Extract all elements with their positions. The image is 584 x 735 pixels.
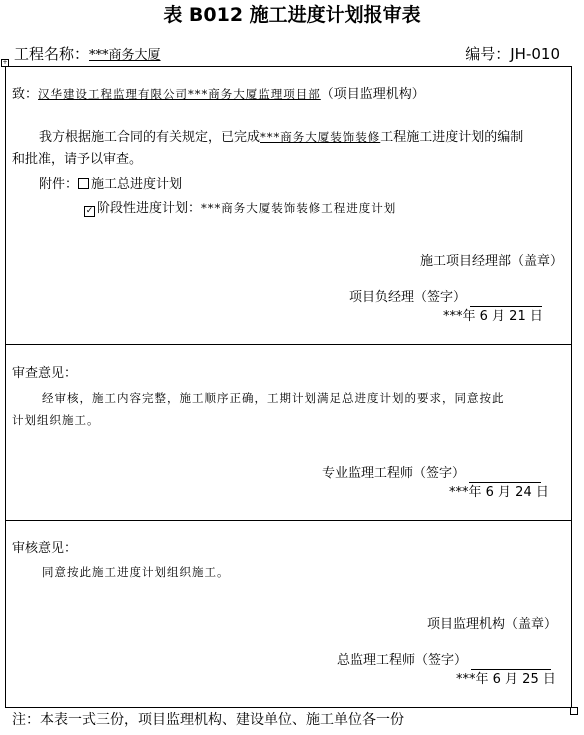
review-opinion-line1: 经审核，施工内容完整，施工顺序正确，工期计划满足总进度计划的要求，同意按此 [42, 389, 505, 407]
supervision-stamp-label: 项目监理机构（盖章） [427, 616, 557, 634]
table-resize-handle-icon[interactable] [570, 707, 578, 715]
audit-section: 审核意见： 同意按此施工进度计划组织施工。 项目监理机构（盖章） 总监理工程师（… [6, 521, 571, 708]
form-number-label: 编号： [465, 45, 510, 63]
submission-body-line1: 我方根据施工合同的有关规定，已完成***商务大厦装饰装修工程施工进度计划的编制 [39, 128, 523, 147]
attachment-item-1: 附件：施工总进度计划 [39, 176, 182, 194]
addressee-suffix: （项目监理机构） [321, 87, 425, 102]
addressee-label: 致： [12, 87, 38, 102]
addressee-value: 汉华建设工程监理有限公司***商务大厦监理项目部 [38, 87, 321, 101]
submission-body-line2: 和批准，请予以审查。 [12, 151, 142, 169]
project-manager-signature: 项目负经理（签字） [349, 289, 542, 307]
project-name-field: 工程名称：***商务大厦 [14, 44, 161, 66]
project-name-value: ***商务大厦 [89, 48, 161, 63]
chief-engineer-signature: 总监理工程师（签字） [337, 652, 551, 670]
signature-line[interactable] [469, 468, 541, 483]
form-number-value: JH-010 [510, 45, 560, 63]
engineer-signature: 专业监理工程师（签字） [322, 465, 541, 483]
form-title: 表 B012 施工进度计划报审表 [0, 2, 584, 28]
attachment-detail: ***商务大厦装饰装修工程进度计划 [201, 201, 396, 215]
signature-line[interactable] [470, 292, 542, 307]
review-date: ***年 6 月 24 日 [449, 484, 549, 502]
audit-date: ***年 6 月 25 日 [456, 671, 556, 689]
review-section: 审查意见： 经审核，施工内容完整，施工顺序正确，工期计划满足总进度计划的要求，同… [6, 345, 571, 521]
form-meta-row: 工程名称：***商务大厦 编号：JH-010 [14, 44, 574, 64]
body-project-name: ***商务大厦装饰装修 [260, 130, 380, 144]
attachment-item-2: ✓阶段性进度计划：***商务大厦装饰装修工程进度计划 [84, 199, 396, 218]
attachment-label: 附件： [39, 177, 78, 192]
review-heading: 审查意见： [12, 365, 77, 383]
attachment-label-phase-plan: 阶段性进度计划： [97, 201, 201, 216]
project-name-label: 工程名称： [14, 45, 89, 63]
submission-date: ***年 6 月 21 日 [443, 308, 543, 326]
body-suffix: 工程施工进度计划的编制 [380, 130, 523, 145]
body-prefix: 我方根据施工合同的有关规定，已完成 [39, 130, 260, 145]
footer-note: 注：本表一式三份，项目监理机构、建设单位、施工单位各一份 [12, 710, 404, 730]
signer-label: 项目负经理（签字） [349, 290, 466, 305]
attachment-label-master-plan: 施工总进度计划 [91, 177, 182, 192]
checkbox-unchecked-icon[interactable] [78, 178, 89, 189]
approval-form-table: 致：汉华建设工程监理有限公司***商务大厦监理项目部（项目监理机构） 我方根据施… [5, 66, 572, 708]
signature-line[interactable] [471, 655, 551, 670]
audit-opinion: 同意按此施工进度计划组织施工。 [42, 563, 230, 581]
review-opinion-line2: 计划组织施工。 [12, 411, 100, 429]
form-number-field: 编号：JH-010 [465, 44, 560, 64]
audit-heading: 审核意见： [12, 540, 77, 558]
addressee-line: 致：汉华建设工程监理有限公司***商务大厦监理项目部（项目监理机构） [12, 85, 425, 104]
contractor-stamp-label: 施工项目经理部（盖章） [420, 253, 563, 271]
submission-section: 致：汉华建设工程监理有限公司***商务大厦监理项目部（项目监理机构） 我方根据施… [6, 67, 571, 345]
signer-label: 总监理工程师（签字） [337, 653, 467, 668]
signer-label: 专业监理工程师（签字） [322, 466, 465, 481]
checkbox-checked-icon[interactable]: ✓ [84, 206, 95, 217]
